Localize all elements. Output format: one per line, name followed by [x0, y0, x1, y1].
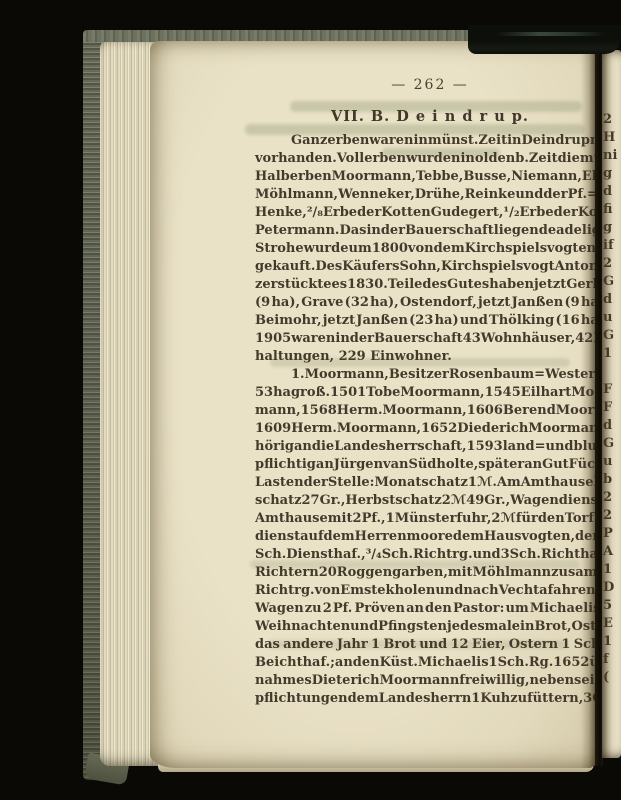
text-line: nahmesDieterichMoormannfreiwillig,nebens… [255, 672, 597, 690]
chapter-heading: VII. B. D e i n d r u p. [255, 108, 597, 125]
text-line: Henke,²/₈ErbederKottenGudegert,¹/₂Erbede… [255, 204, 597, 222]
facing-page-cut-text: 1 [603, 346, 621, 364]
facing-page-cut-text: fi [603, 202, 621, 220]
facing-page-cut-text: 2 [603, 490, 621, 508]
text-line: LastenderStelle:Monatschatz1ℳ.AmAmthause… [255, 474, 597, 492]
facing-page-cut-text: 2 [603, 508, 621, 526]
text-line: Wagenzu2Pf.PrövenandenPastor:umMichaelis… [255, 600, 597, 618]
facing-page-cut-text: ni [603, 148, 621, 166]
facing-page-cut-text: 2 [603, 112, 621, 130]
text-line: 1905wareninderBauerschaft43Wohnhäuser,42… [255, 330, 597, 348]
facing-page-cut-text: g [603, 220, 621, 238]
book-corner-shadow [468, 25, 621, 54]
facing-page-cut-text: 5 [603, 598, 621, 616]
text-line: dasandereJahr1Brotund12Eier,Ostern1Sch. [255, 636, 597, 654]
facing-page-cut-text: F [603, 382, 621, 400]
text-line: Strohewurdeum1800vondemKirchspielsvogten… [255, 240, 597, 258]
facing-page-cut-text: H [603, 130, 621, 148]
text-line: Beichthaf.;andenKüst.Michaelis1Sch.Rg.16… [255, 654, 597, 672]
text-line: Petermann.DasinderBauerschaftliegendeade… [255, 222, 597, 240]
text-line: HalberbenMoormann,Tebbe,Busse,Niemann,El… [255, 168, 597, 186]
text-line: pflichtungendemLandesherrn1Kuhzufüttern,… [255, 690, 597, 708]
facing-page-cut-text: F [603, 400, 621, 418]
facing-page-cut-text: 1 [603, 562, 621, 580]
facing-page-cut-text: G [603, 328, 621, 346]
text-line: (9ha),Grave(32ha),Ostendorf,jetztJanßen(… [255, 294, 597, 312]
page-number: — 262 — [255, 77, 597, 93]
text-line: 1609Herm.Moormann,1652DiederichMoormann.… [255, 420, 597, 438]
facing-page-cut-text: G [603, 274, 621, 292]
facing-page-sliver: 2Hnigdfigif2GduG1FFdGub22PA1D5E1f( [602, 50, 621, 758]
text-line: haltungen, 229 Einwohner. [255, 348, 597, 366]
text-line: WeihnachtenundPfingstenjedesmaleinBrot,O… [255, 618, 597, 636]
text-line: vorhanden.Vollerbenwurdeninoldenb.Zeitdi… [255, 150, 597, 168]
facing-page-cut-text: E [603, 616, 621, 634]
text-line: Möhlmann,Wenneker,Drühe,ReinkeundderPf.=… [255, 186, 597, 204]
facing-page-cut-text [603, 364, 621, 382]
text-line: pflichtiganJürgenvanSüdholte,späteranGut… [255, 456, 597, 474]
text-line: mann,1568Herm.Moormann,1606BerendMoorman… [255, 402, 597, 420]
body-text: Ganzerbenwareninmünst.ZeitinDeindrupnich… [255, 132, 597, 708]
facing-page-cut-text: d [603, 184, 621, 202]
text-line: Beimohr,jetztJanßen(23ha)undThölking(16h… [255, 312, 597, 330]
facing-page-cut-text: ( [603, 670, 621, 688]
facing-page-cut-text: D [603, 580, 621, 598]
facing-page-cut-text: G [603, 436, 621, 454]
facing-page-cut-text: P [603, 526, 621, 544]
text-line: Amthausemit2Pf.,1Münsterfuhr,2ℳfürdenTor… [255, 510, 597, 528]
facing-page-cut-text: b [603, 472, 621, 490]
text-line: 53hagroß.1501TobeMoormann,1545EilhartMoo… [255, 384, 597, 402]
text-line: dienstaufdemHerrenmooredemHausvogten,dem… [255, 528, 597, 546]
text-line: hörigandieLandesherrschaft,1593land=undb… [255, 438, 597, 456]
text-line: Richtern20Roggengarben,mitMöhlmannzusamm… [255, 564, 597, 582]
facing-page-cut-text: u [603, 310, 621, 328]
facing-page-cut-text: d [603, 292, 621, 310]
text-line: gekauft.DesKäufersSohn,KirchspielsvogtAn… [255, 258, 597, 276]
text-line: 1.Moormann,BesitzerRosenbaum=Westerbakum [255, 366, 597, 384]
text-line: zerstücktees1830.TeiledesGuteshabenjetzt… [255, 276, 597, 294]
facing-page-cut-text: g [603, 166, 621, 184]
facing-page-cut-text: 2 [603, 256, 621, 274]
text-line: Sch.Diensthaf.,³/₄Sch.Richtrg.und3Sch.Ri… [255, 546, 597, 564]
scanned-page: — 262 — VII. B. D e i n d r u p. Ganzerb… [150, 41, 597, 768]
facing-page-cut-text: if [603, 238, 621, 256]
text-line: Richtrg.vonEmstekholenundnachVechtafahre… [255, 582, 597, 600]
book-scan: { "colors": { "background": "#0b0906", "… [0, 0, 621, 800]
facing-page-cut-text: f [603, 652, 621, 670]
text-line: schatz27Gr.,Herbstschatz2ℳ49Gr.,Wagendie… [255, 492, 597, 510]
facing-page-cut-text: d [603, 418, 621, 436]
facing-page-cut-text: 1 [603, 634, 621, 652]
facing-page-cut-text: u [603, 454, 621, 472]
facing-page-cut-text: A [603, 544, 621, 562]
text-line: Ganzerbenwareninmünst.ZeitinDeindrupnich… [255, 132, 597, 150]
